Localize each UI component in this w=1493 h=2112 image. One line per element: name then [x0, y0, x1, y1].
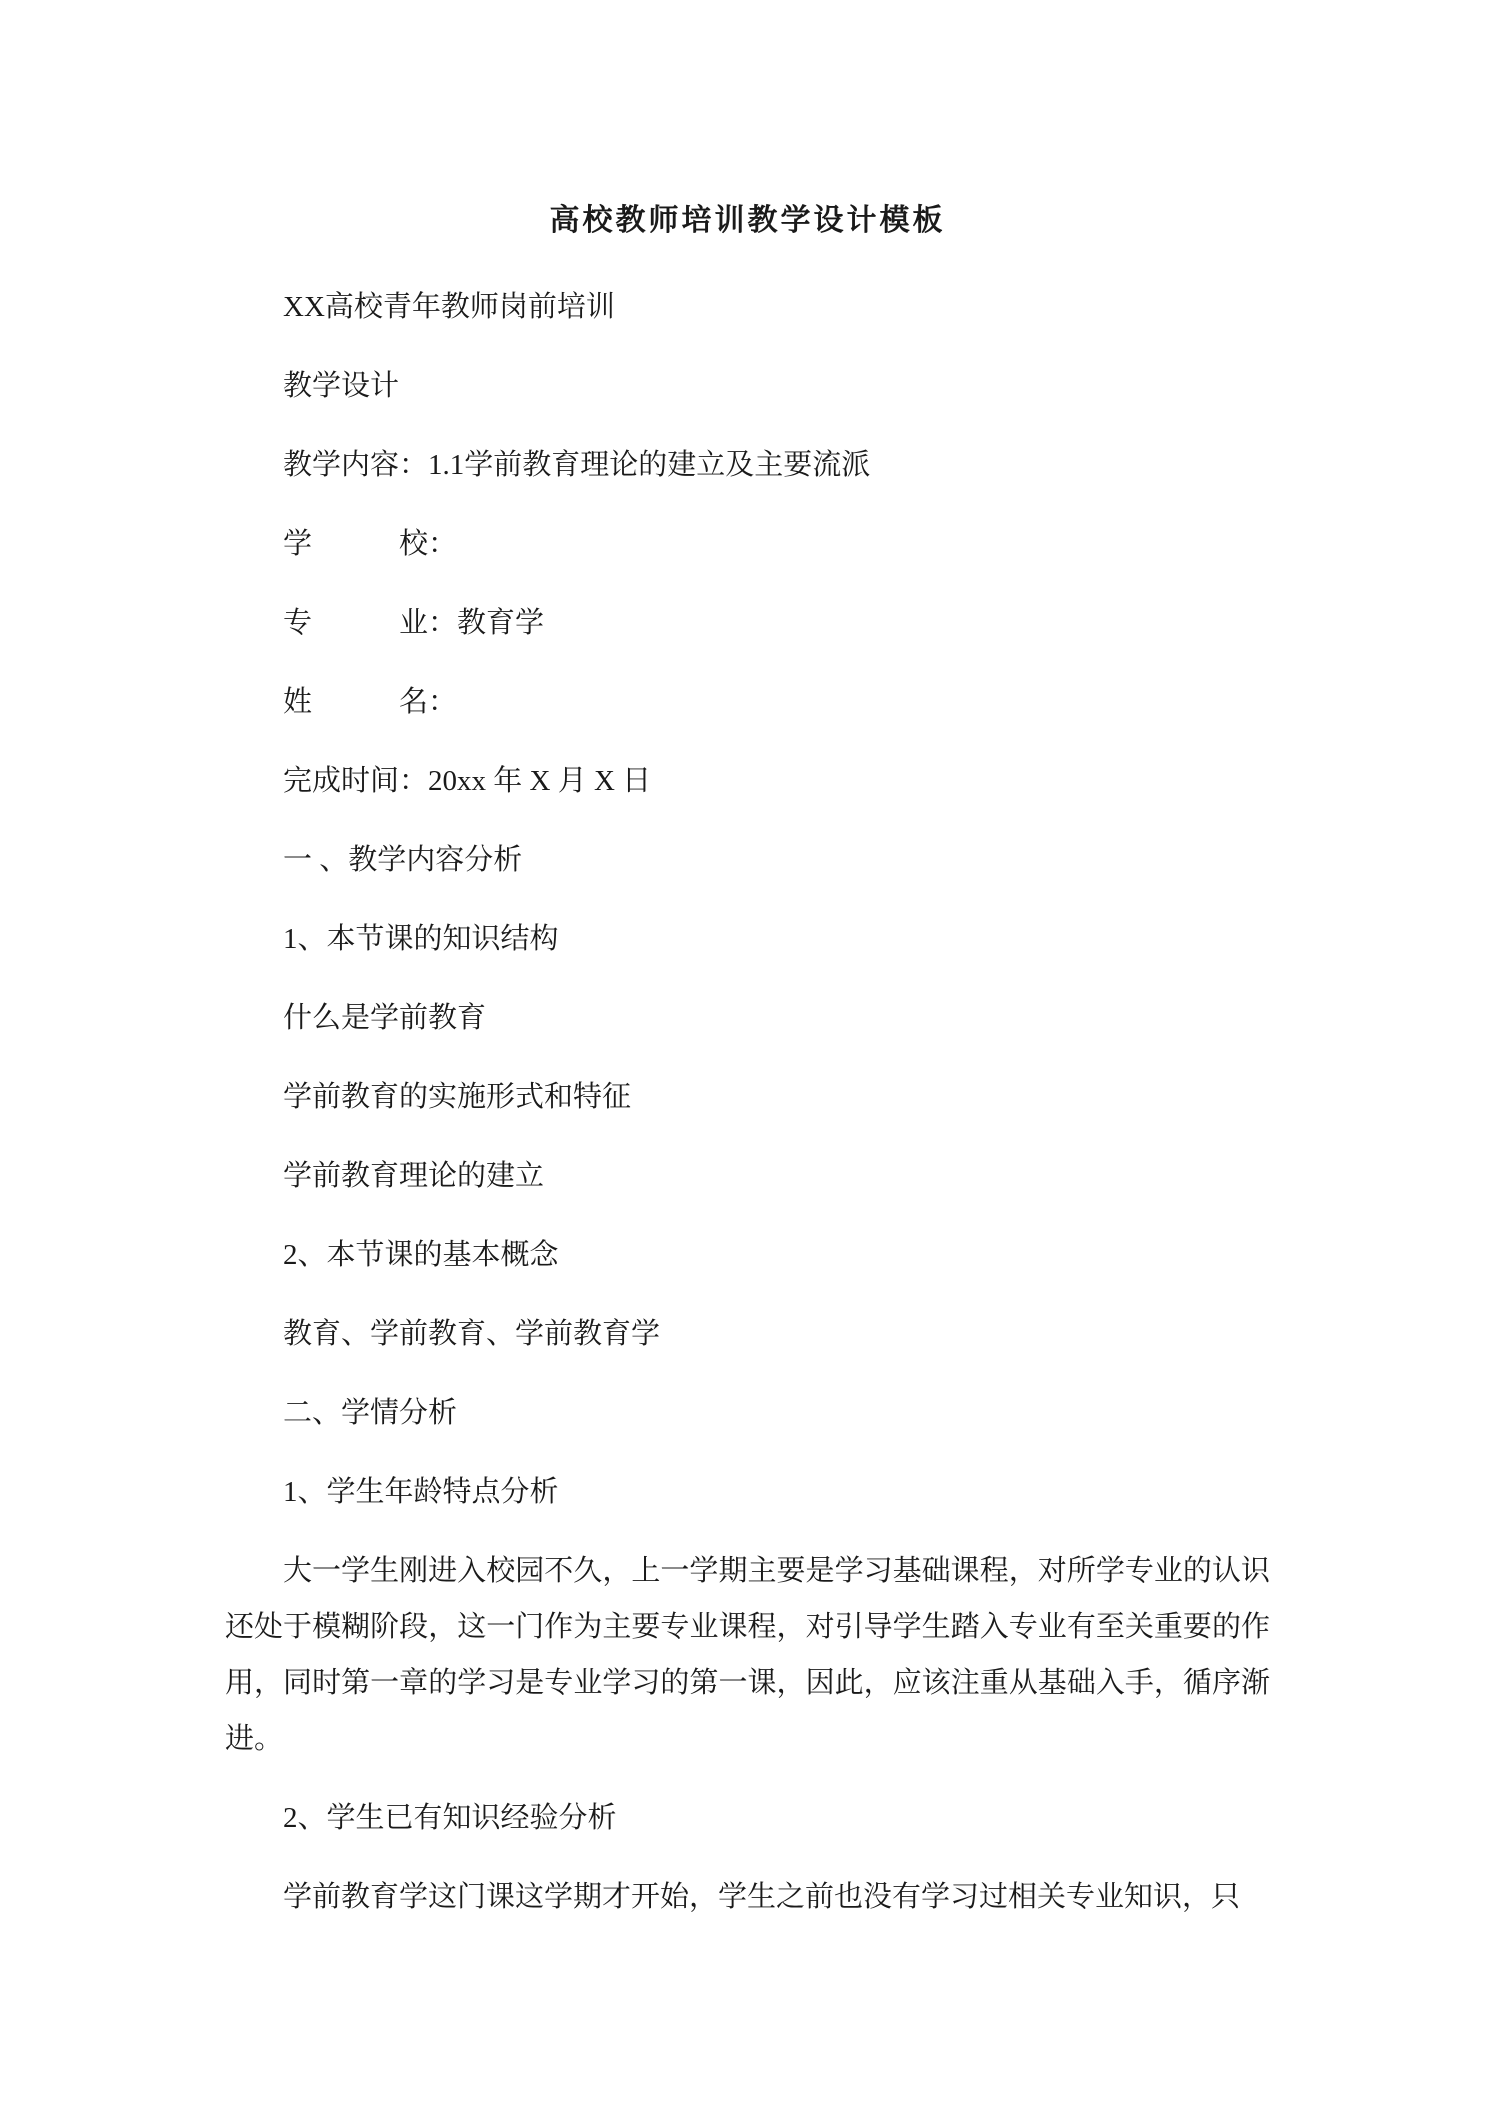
paragraph-doc-type: 教学设计: [225, 358, 1270, 414]
field-school: 学 校：: [225, 516, 1270, 572]
heading-section-2: 二、学情分析: [225, 1385, 1270, 1441]
paragraph-training-name: XX高校青年教师岗前培训: [225, 279, 1270, 335]
paragraph-age-analysis-body: 大一学生刚进入校园不久，上一学期主要是学习基础课程，对所学专业的认识还处于模糊阶…: [225, 1543, 1270, 1767]
heading-knowledge-analysis: 2、学生已有知识经验分析: [225, 1790, 1270, 1846]
paragraph-theory-establish: 学前教育理论的建立: [225, 1148, 1270, 1204]
paragraph-knowledge-analysis-body: 学前教育学这门课这学期才开始，学生之前也没有学习过相关专业知识，只: [225, 1869, 1270, 1925]
heading-section-1: 一 、教学内容分析: [225, 832, 1270, 888]
paragraph-forms-features: 学前教育的实施形式和特征: [225, 1069, 1270, 1125]
field-completion-date: 完成时间：20xx 年 X 月 X 日: [225, 753, 1270, 809]
paragraph-what-is-preschool: 什么是学前教育: [225, 990, 1270, 1046]
document-content: 高校教师培训教学设计模板 XX高校青年教师岗前培训 教学设计 教学内容：1.1学…: [225, 193, 1270, 1948]
heading-knowledge-structure: 1、本节课的知识结构: [225, 911, 1270, 967]
paragraph-concept-list: 教育、学前教育、学前教育学: [225, 1306, 1270, 1362]
heading-basic-concepts: 2、本节课的基本概念: [225, 1227, 1270, 1283]
paragraph-teaching-content: 教学内容：1.1学前教育理论的建立及主要流派: [225, 437, 1270, 493]
field-name: 姓 名：: [225, 674, 1270, 730]
field-major: 专 业：教育学: [225, 595, 1270, 651]
document-title: 高校教师培训教学设计模板: [225, 193, 1270, 249]
document-page: 高校教师培训教学设计模板 XX高校青年教师岗前培训 教学设计 教学内容：1.1学…: [0, 0, 1493, 2112]
heading-age-analysis: 1、学生年龄特点分析: [225, 1464, 1270, 1520]
